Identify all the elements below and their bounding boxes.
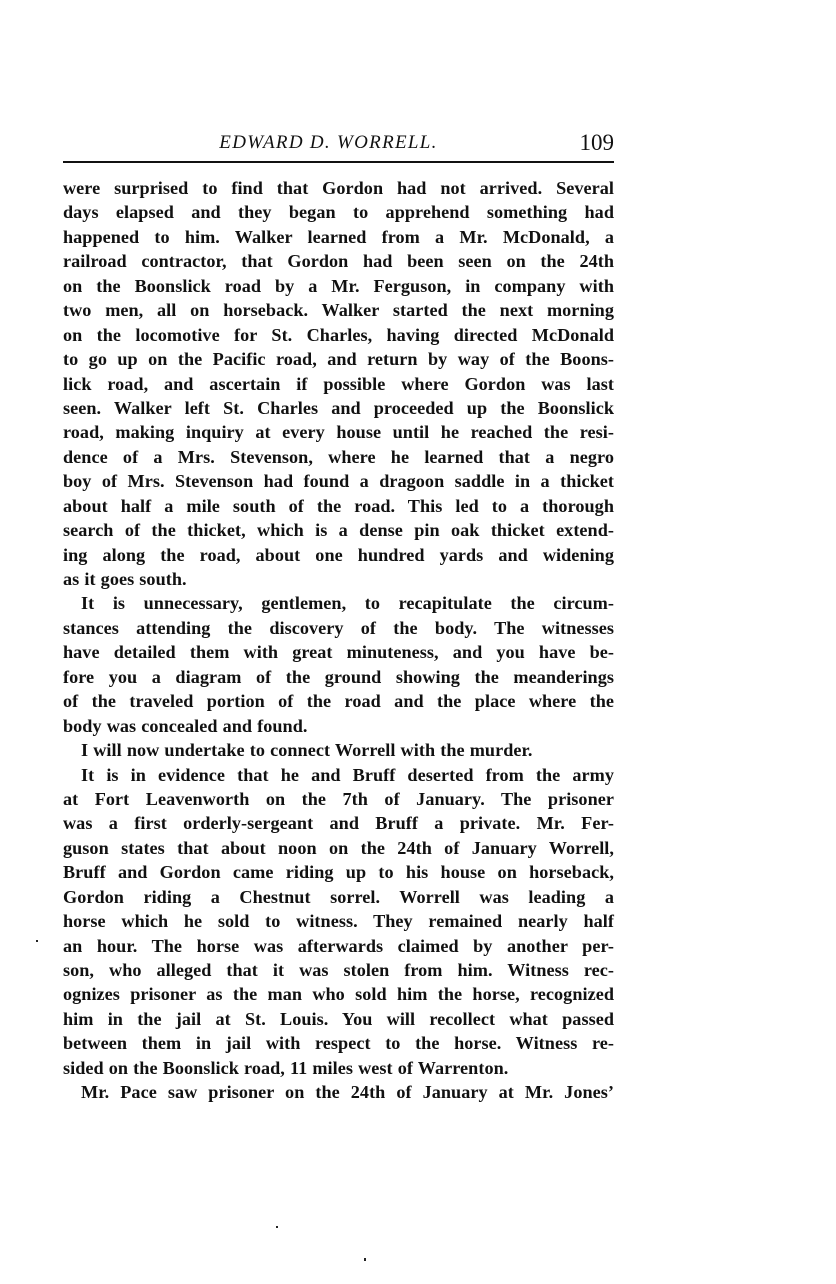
text-line: horse which he sold to witness. They rem… (63, 909, 614, 933)
text-line: of the traveled portion of the road and … (63, 689, 614, 713)
text-line: fore you a diagram of the ground showing… (63, 665, 614, 689)
text-line: an hour. The horse was afterwards claime… (63, 934, 614, 958)
text-line: between them in jail with respect to the… (63, 1031, 614, 1055)
text-line: two men, all on horseback. Walker starte… (63, 298, 614, 322)
text-line: were surprised to find that Gordon had n… (63, 176, 614, 200)
text-line: It is in evidence that he and Bruff dese… (63, 763, 614, 787)
text-line: on the locomotive for St. Charles, havin… (63, 323, 614, 347)
text-line: at Fort Leavenworth on the 7th of Januar… (63, 787, 614, 811)
text-line: I will now undertake to connect Worrell … (63, 738, 614, 762)
text-line: seen. Walker left St. Charles and procee… (63, 396, 614, 420)
text-line: sided on the Boonslick road, 11 miles we… (63, 1056, 614, 1080)
scan-speck (276, 1226, 278, 1228)
paragraph-4: It is in evidence that he and Bruff dese… (63, 763, 614, 1081)
text-line: Mr. Pace saw prisoner on the 24th of Jan… (63, 1080, 614, 1104)
text-line: Bruff and Gordon came riding up to his h… (63, 860, 614, 884)
running-title: EDWARD D. WORRELL. (63, 132, 614, 154)
text-line: body was concealed and found. (63, 714, 614, 738)
text-line: guson states that about noon on the 24th… (63, 836, 614, 860)
text-line: road, making inquiry at every house unti… (63, 420, 614, 444)
text-line: search of the thicket, which is a dense … (63, 518, 614, 542)
text-line: to go up on the Pacific road, and return… (63, 347, 614, 371)
text-line: as it goes south. (63, 567, 614, 591)
text-line: happened to him. Walker learned from a M… (63, 225, 614, 249)
text-line: son, who alleged that it was stolen from… (63, 958, 614, 982)
text-line: boy of Mrs. Stevenson had found a dragoo… (63, 469, 614, 493)
text-line: Gordon riding a Chestnut sorrel. Worrell… (63, 885, 614, 909)
text-line: was a first orderly-sergeant and Bruff a… (63, 811, 614, 835)
body-text: were surprised to find that Gordon had n… (63, 176, 614, 1105)
book-page: EDWARD D. WORRELL. 109 were surprised to… (63, 128, 614, 1105)
page-number: 109 (580, 130, 615, 156)
text-line: days elapsed and they began to apprehend… (63, 200, 614, 224)
text-line: ognizes prisoner as the man who sold him… (63, 982, 614, 1006)
text-line: dence of a Mrs. Stevenson, where he lear… (63, 445, 614, 469)
running-head: EDWARD D. WORRELL. 109 (63, 128, 614, 161)
text-line: It is unnecessary, gentlemen, to recapit… (63, 591, 614, 615)
text-line: about half a mile south of the road. Thi… (63, 494, 614, 518)
scan-speck (36, 940, 38, 942)
paragraph-1: were surprised to find that Gordon had n… (63, 176, 614, 591)
text-line: him in the jail at St. Louis. You will r… (63, 1007, 614, 1031)
text-line: railroad contractor, that Gordon had bee… (63, 249, 614, 273)
paragraph-3: I will now undertake to connect Worrell … (63, 738, 614, 762)
text-line: on the Boonslick road by a Mr. Ferguson,… (63, 274, 614, 298)
header-rule (63, 161, 614, 163)
text-line: stances attending the discovery of the b… (63, 616, 614, 640)
text-line: lick road, and ascertain if possible whe… (63, 372, 614, 396)
text-line: ing along the road, about one hundred ya… (63, 543, 614, 567)
text-line: have detailed them with great minuteness… (63, 640, 614, 664)
scan-speck (364, 1258, 366, 1261)
paragraph-5: Mr. Pace saw prisoner on the 24th of Jan… (63, 1080, 614, 1104)
paragraph-2: It is unnecessary, gentlemen, to recapit… (63, 591, 614, 738)
